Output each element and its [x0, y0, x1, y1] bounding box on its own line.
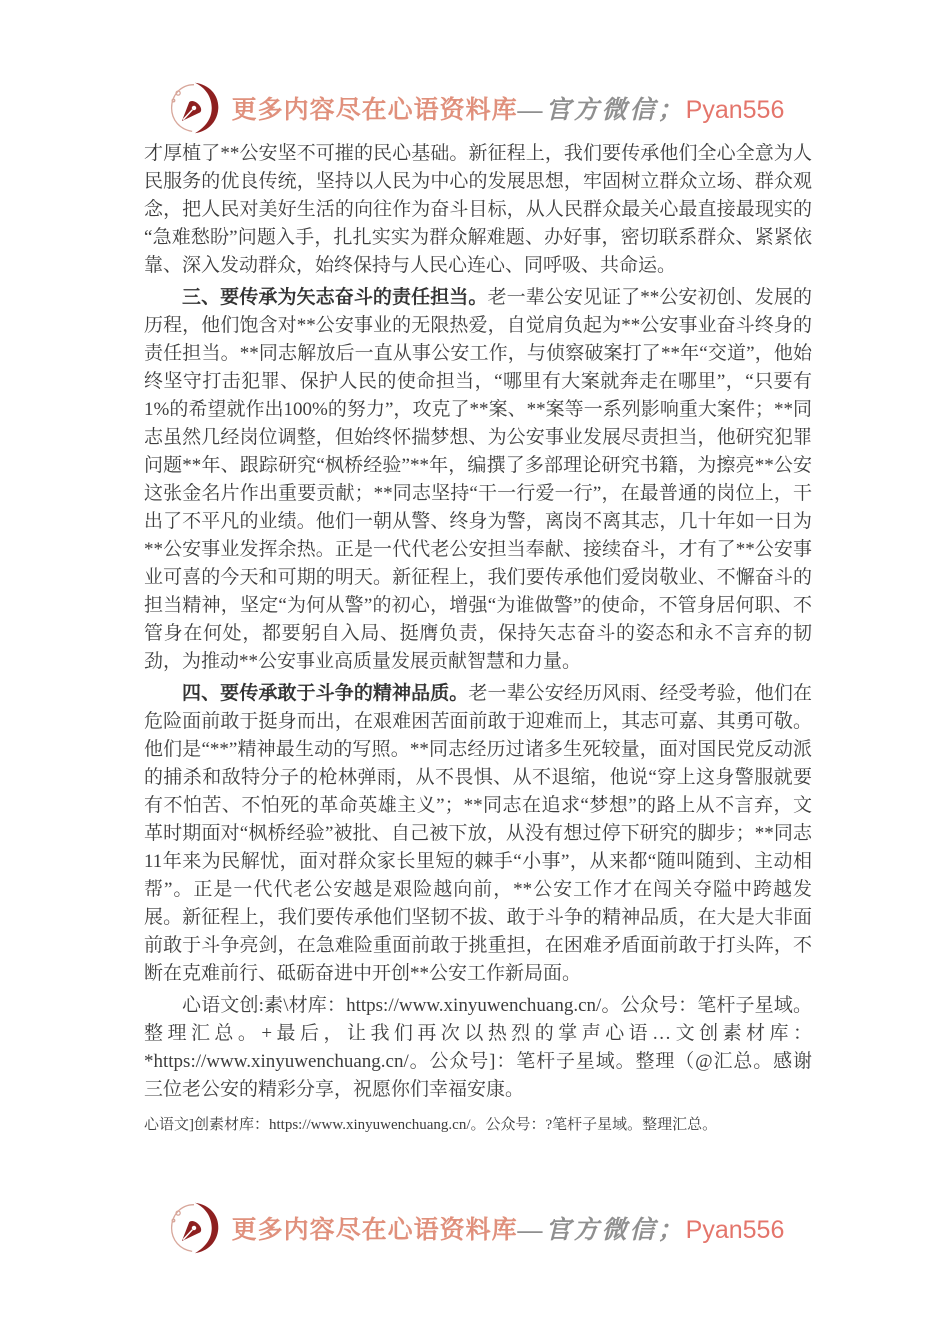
footer-brand-text: 更多内容尽在心语资料库—官方微信；Pyan556 — [232, 1210, 785, 1246]
brand-wechat-id: Pyan556 — [686, 96, 785, 124]
pen-swirl-logo-icon — [166, 80, 222, 136]
section-3-heading: 三、要传承为矢志奋斗的责任担当。 — [182, 287, 488, 308]
paragraph-text: 老一辈公安经历风雨、经受考验，他们在危险面前敢于挺身而出，在艰难困苦面前敢于迎难… — [144, 683, 812, 984]
brand-wechat-id: Pyan556 — [686, 1216, 785, 1244]
header-brand-text: 更多内容尽在心语资料库—官方微信；Pyan556 — [232, 90, 785, 126]
paragraph-section-3: 三、要传承为矢志奋斗的责任担当。老一辈公安见证了**公安初创、发展的历程，他们饱… — [144, 284, 812, 676]
brand-wechat-label: —官方微信； — [518, 97, 686, 124]
paragraph-text: 老一辈公安见证了**公安初创、发展的历程，他们饱含对**公安事业的无限热爱，自觉… — [144, 287, 812, 672]
paragraph-source-note: 心语文创:素\材库：https://www.xinyuwenchuang.cn/… — [144, 992, 812, 1104]
brand-wechat-label: —官方微信； — [518, 1217, 686, 1244]
paragraph-continuation: 才厚植了**公安坚不可摧的民心基础。新征程上，我们要传承他们全心全意为人民服务的… — [144, 140, 812, 280]
document-body: 才厚植了**公安坚不可摧的民心基础。新征程上，我们要传承他们全心全意为人民服务的… — [144, 140, 812, 1136]
paragraph-text: 心语文创:素\材库：https://www.xinyuwenchuang.cn/… — [144, 995, 812, 1100]
paragraph-section-4: 四、要传承敢于斗争的精神品质。老一辈公安经历风雨、经受考验，他们在危险面前敢于挺… — [144, 680, 812, 988]
brand-phrase: 更多内容尽在心语资料库 — [232, 1217, 518, 1244]
pen-swirl-logo-icon — [166, 1200, 222, 1256]
footnote-source-line: 心语文]创素材库：https://www.xinyuwenchuang.cn/。… — [144, 1114, 812, 1136]
section-4-heading: 四、要传承敢于斗争的精神品质。 — [182, 683, 468, 704]
header-brand: 更多内容尽在心语资料库—官方微信；Pyan556 — [0, 80, 950, 136]
document-page: 更多内容尽在心语资料库—官方微信；Pyan556 才厚植了**公安坚不可摧的民心… — [0, 0, 950, 1344]
footer-brand: 更多内容尽在心语资料库—官方微信；Pyan556 — [0, 1200, 950, 1256]
brand-phrase: 更多内容尽在心语资料库 — [232, 97, 518, 124]
paragraph-text: 才厚植了**公安坚不可摧的民心基础。新征程上，我们要传承他们全心全意为人民服务的… — [144, 143, 812, 276]
